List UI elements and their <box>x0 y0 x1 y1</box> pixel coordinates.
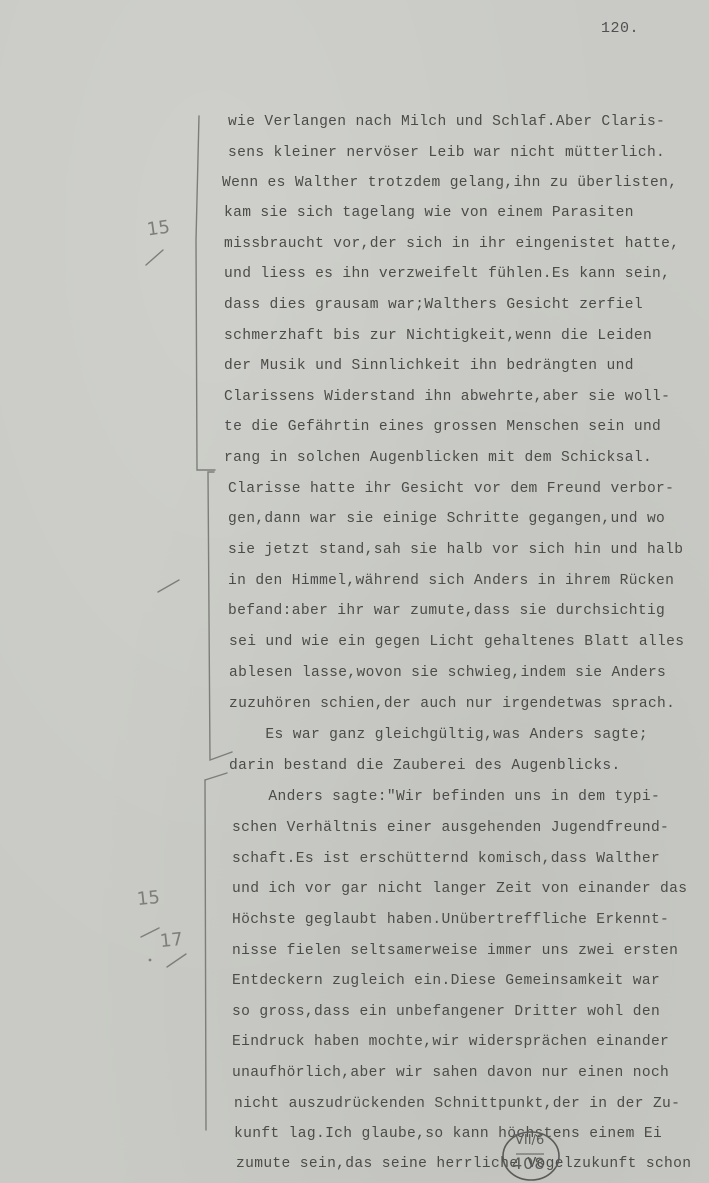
text-line: ablesen lasse,wovon sie schwieg,indem si… <box>229 663 666 683</box>
text-line: zuzuhören schien,der auch nur irgendetwa… <box>229 694 675 714</box>
text-line: der Musik und Sinnlichkeit ihn bedrängte… <box>224 356 634 376</box>
text-line: kam sie sich tagelang wie von einem Para… <box>224 203 634 223</box>
text-line: befand:aber ihr war zumute,dass sie durc… <box>228 601 665 621</box>
text-line: nicht auszudrückenden Schnittpunkt,der i… <box>234 1094 680 1114</box>
text-line: schmerzhaft bis zur Nichtigkeit,wenn die… <box>224 326 652 346</box>
text-line: Entdeckern zugleich ein.Diese Gemeinsamk… <box>232 971 660 991</box>
text-line: kunft lag.Ich glaube,so kann höchstens e… <box>234 1124 662 1144</box>
text-line: Es war ganz gleichgültig,was Anders sagt… <box>229 725 648 745</box>
text-line: gen,dann war sie einige Schritte gegange… <box>228 509 665 529</box>
text-line: schaft.Es ist erschütternd komisch,dass … <box>232 849 660 869</box>
text-line: darin bestand die Zauberei des Augenblic… <box>229 756 621 776</box>
text-line: rang in solchen Augenblicken mit dem Sch… <box>224 448 652 468</box>
text-line: in den Himmel,während sich Anders in ihr… <box>228 571 674 591</box>
text-line: dass dies grausam war;Walthers Gesicht z… <box>224 295 643 315</box>
stamp-folio: 408 <box>512 1154 546 1173</box>
text-line: missbraucht vor,der sich in ihr eingenis… <box>224 234 679 254</box>
text-line: Eindruck haben mochte,wir widersprächen … <box>232 1032 669 1052</box>
text-line: sie jetzt stand,sah sie halb vor sich hi… <box>228 540 683 560</box>
margin-annotation-2-top: 15 <box>136 887 161 910</box>
text-line: und liess es ihn verzweifelt fühlen.Es k… <box>224 264 670 284</box>
text-line: sens kleiner nervöser Leib war nicht müt… <box>228 143 665 163</box>
text-line: schen Verhältnis einer ausgehenden Jugen… <box>232 818 669 838</box>
archive-stamp: VII/6 408 <box>500 1130 562 1182</box>
text-line: Clarisse hatte ihr Gesicht vor dem Freun… <box>228 479 674 499</box>
text-line: te die Gefährtin eines grossen Menschen … <box>224 417 661 437</box>
text-line: so gross,dass ein unbefangener Dritter w… <box>232 1002 660 1022</box>
text-line: wie Verlangen nach Milch und Schlaf.Aber… <box>228 112 665 132</box>
text-line: Höchste geglaubt haben.Unübertreffliche … <box>232 910 669 930</box>
text-line: unaufhörlich,aber wir sahen davon nur ei… <box>232 1063 669 1083</box>
text-line: nisse fielen seltsamerweise immer uns zw… <box>232 941 678 961</box>
margin-annotation-1: 15 <box>146 217 172 241</box>
text-line: zumute sein,das seine herrliche Vogelzuk… <box>236 1154 691 1174</box>
text-line: Clarissens Widerstand ihn abwehrte,aber … <box>224 387 670 407</box>
margin-annotation-2-bottom: 17 <box>159 929 184 952</box>
text-line: und ich vor gar nicht langer Zeit von ei… <box>232 879 687 899</box>
page-number: 120. <box>601 20 639 37</box>
stamp-volume: VII/6 <box>515 1133 544 1148</box>
text-line: Anders sagte:"Wir befinden uns in dem ty… <box>232 787 660 807</box>
text-line: Wenn es Walther trotzdem gelang,ihn zu ü… <box>222 173 677 193</box>
text-line: sei und wie ein gegen Licht gehaltenes B… <box>229 632 684 652</box>
typescript-page: 120. wie Verlangen nach Milch und Schlaf… <box>0 0 709 1183</box>
